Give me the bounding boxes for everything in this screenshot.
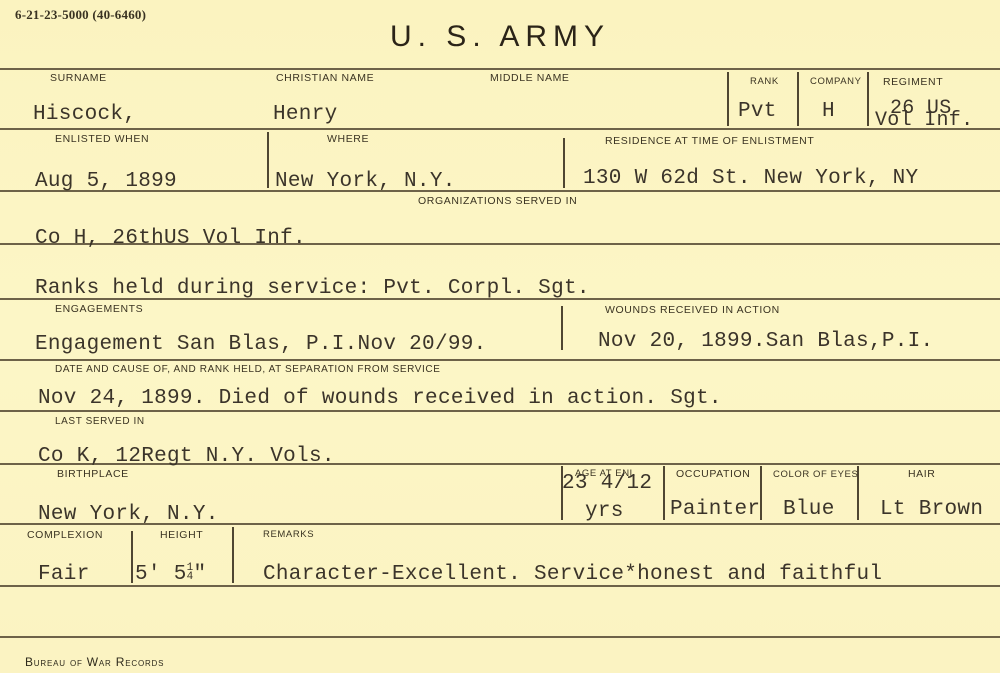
- height-fraction: 14: [187, 564, 194, 582]
- residence-label: RESIDENCE AT TIME OF ENLISTMENT: [605, 135, 814, 147]
- last-served-value: Co K, 12Regt N.Y. Vols.: [38, 445, 335, 468]
- bureau-footer: Bureau of War Records: [25, 655, 164, 669]
- wounds-label: WOUNDS RECEIVED IN ACTION: [605, 304, 780, 316]
- residence-value: 130 W 62d St. New York, NY: [583, 167, 918, 190]
- divider: [867, 72, 869, 126]
- rank-label: RANK: [750, 76, 779, 87]
- divider: [663, 466, 665, 520]
- organizations-value: Co H, 26thUS Vol Inf.: [35, 227, 306, 250]
- height-fraction-denominator: 4: [187, 573, 194, 582]
- christian-name-label: CHRISTIAN NAME: [276, 72, 374, 84]
- ranks-held-value: Ranks held during service: Pvt. Corpl. S…: [35, 277, 590, 300]
- height-label: HEIGHT: [160, 529, 203, 541]
- height-suffix: ": [194, 563, 207, 586]
- regiment-value-line2: Vol Inf.: [875, 112, 973, 130]
- enlisted-when-label: ENLISTED WHEN: [55, 133, 149, 145]
- divider: [561, 306, 563, 350]
- surname-value: Hiscock,: [33, 103, 136, 126]
- card-title: U. S. ARMY: [0, 20, 1000, 54]
- complexion-value: Fair: [38, 563, 90, 586]
- engagements-label: ENGAGEMENTS: [55, 303, 143, 315]
- height-value: 5' 514": [135, 563, 206, 586]
- divider: [797, 72, 799, 126]
- engagements-value: Engagement San Blas, P.I.Nov 20/99.: [35, 333, 487, 356]
- birthplace-label: BIRTHPLACE: [57, 468, 129, 480]
- rule: [0, 68, 1000, 70]
- where-value: New York, N.Y.: [275, 170, 456, 193]
- divider: [267, 132, 269, 188]
- separation-value: Nov 24, 1899. Died of wounds received in…: [38, 387, 722, 410]
- company-value: H: [822, 100, 835, 123]
- remarks-label: REMARKS: [263, 529, 314, 540]
- rule: [0, 359, 1000, 361]
- rank-value: Pvt: [738, 100, 777, 123]
- regiment-label: REGIMENT: [883, 76, 943, 88]
- hair-label: HAIR: [908, 468, 936, 480]
- eyes-value: Blue: [783, 498, 835, 521]
- rule: [0, 636, 1000, 638]
- last-served-label: LAST SERVED IN: [55, 416, 145, 427]
- remarks-value: Character-Excellent. Service*honest and …: [263, 563, 882, 586]
- enlisted-when-value: Aug 5, 1899: [35, 170, 177, 193]
- wounds-value: Nov 20, 1899.San Blas,P.I.: [598, 330, 933, 353]
- rule: [0, 128, 1000, 130]
- divider: [232, 527, 234, 583]
- height-main: 5' 5: [135, 563, 187, 586]
- company-label: COMPANY: [810, 76, 862, 87]
- organizations-label: ORGANIZATIONS SERVED IN: [418, 195, 577, 207]
- rule: [0, 410, 1000, 412]
- hair-value: Lt Brown: [880, 498, 983, 521]
- divider: [727, 72, 729, 126]
- complexion-label: COMPLEXION: [27, 529, 103, 541]
- occupation-label: OCCUPATION: [676, 468, 750, 480]
- surname-label: SURNAME: [50, 72, 107, 84]
- occupation-value: Painter: [670, 498, 760, 521]
- divider: [131, 531, 133, 583]
- middle-name-label: MIDDLE NAME: [490, 72, 570, 84]
- where-label: WHERE: [327, 133, 369, 145]
- age-value-line1: 23 4/12: [562, 472, 652, 495]
- christian-name-value: Henry: [273, 103, 338, 126]
- service-record-card: 6-21-23-5000 (40-6460) U. S. ARMY SURNAM…: [0, 0, 1000, 673]
- eyes-label: COLOR OF EYES: [773, 469, 858, 480]
- age-value-line2: yrs: [585, 500, 624, 523]
- separation-label: DATE AND CAUSE OF, AND RANK HELD, AT SEP…: [55, 364, 441, 375]
- birthplace-value: New York, N.Y.: [38, 503, 219, 526]
- divider: [563, 138, 565, 188]
